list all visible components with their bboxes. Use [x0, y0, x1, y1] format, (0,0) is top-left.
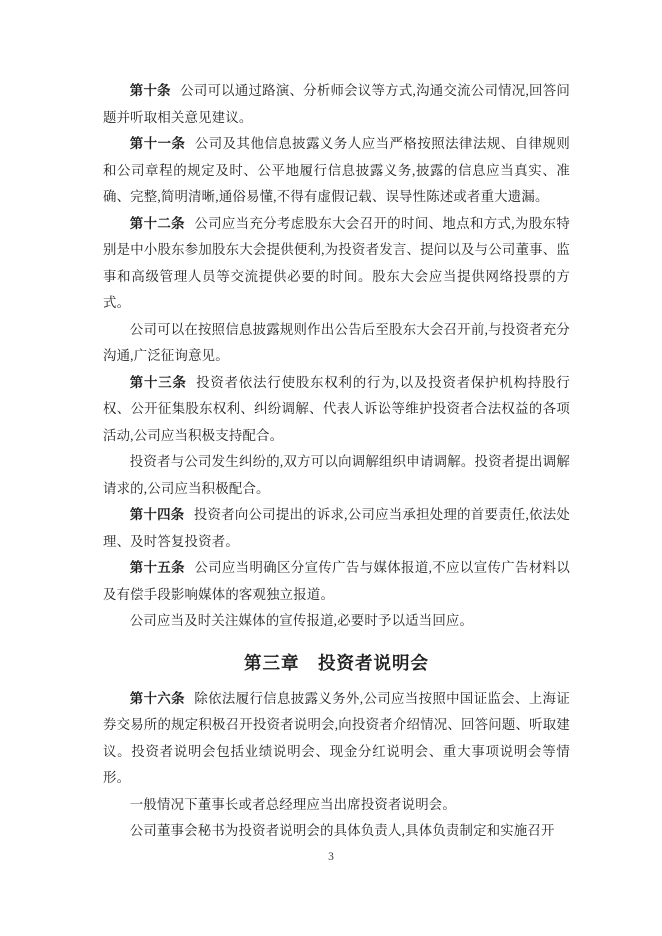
article-number: 第十四条 — [130, 507, 185, 522]
document-body: 第十条公司可以通过路演、分析师会议等方式,沟通交流公司情况,回答问题并听取相关意… — [103, 78, 570, 845]
paragraph: 第十一条公司及其他信息披露义务人应当严格按照法律法规、自律规则和公司章程的规定及… — [103, 131, 570, 211]
article-number: 第十三条 — [130, 375, 187, 390]
chapter-heading: 第三章 投资者说明会 — [103, 650, 570, 676]
article-number: 第十条 — [130, 83, 171, 98]
paragraph: 投资者与公司发生纠纷的,双方可以向调解组织申请调解。投资者提出调解请求的,公司应… — [103, 449, 570, 502]
paragraph: 第十条公司可以通过路演、分析师会议等方式,沟通交流公司情况,回答问题并听取相关意… — [103, 78, 570, 131]
paragraph: 一般情况下董事长或者总经理应当出席投资者说明会。 — [103, 792, 570, 819]
paragraph: 公司董事会秘书为投资者说明会的具体负责人,具体负责制定和实施召开 — [103, 818, 570, 845]
paragraph: 第十四条投资者向公司提出的诉求,公司应当承担处理的首要责任,依法处理、及时答复投… — [103, 502, 570, 555]
paragraph: 公司应当及时关注媒体的宣传报道,必要时予以适当回应。 — [103, 608, 570, 635]
page-number: 3 — [0, 850, 662, 864]
paragraph: 公司可以在按照信息披露规则作出公告后至股东大会召开前,与投资者充分沟通,广泛征询… — [103, 317, 570, 370]
page-content: 第十条公司可以通过路演、分析师会议等方式,沟通交流公司情况,回答问题并听取相关意… — [0, 0, 662, 936]
paragraph: 第十三条投资者依法行使股东权利的行为,以及投资者保护机构持股行权、公开征集股东权… — [103, 370, 570, 450]
paragraph: 第十五条公司应当明确区分宣传广告与媒体报道,不应以宣传广告材料以及有偿手段影响媒… — [103, 555, 570, 608]
paragraph: 第十六条除依法履行信息披露义务外,公司应当按照中国证监会、上海证券交易所的规定积… — [103, 686, 570, 792]
article-number: 第十五条 — [130, 560, 185, 575]
article-number: 第十二条 — [130, 216, 185, 231]
paragraph: 第十二条公司应当充分考虑股东大会召开的时间、地点和方式,为股东特别是中小股东参加… — [103, 211, 570, 317]
article-number: 第十六条 — [130, 691, 185, 706]
article-number: 第十一条 — [130, 136, 186, 151]
document-page: { "style": { "background": "#ffffff", "t… — [0, 0, 662, 936]
